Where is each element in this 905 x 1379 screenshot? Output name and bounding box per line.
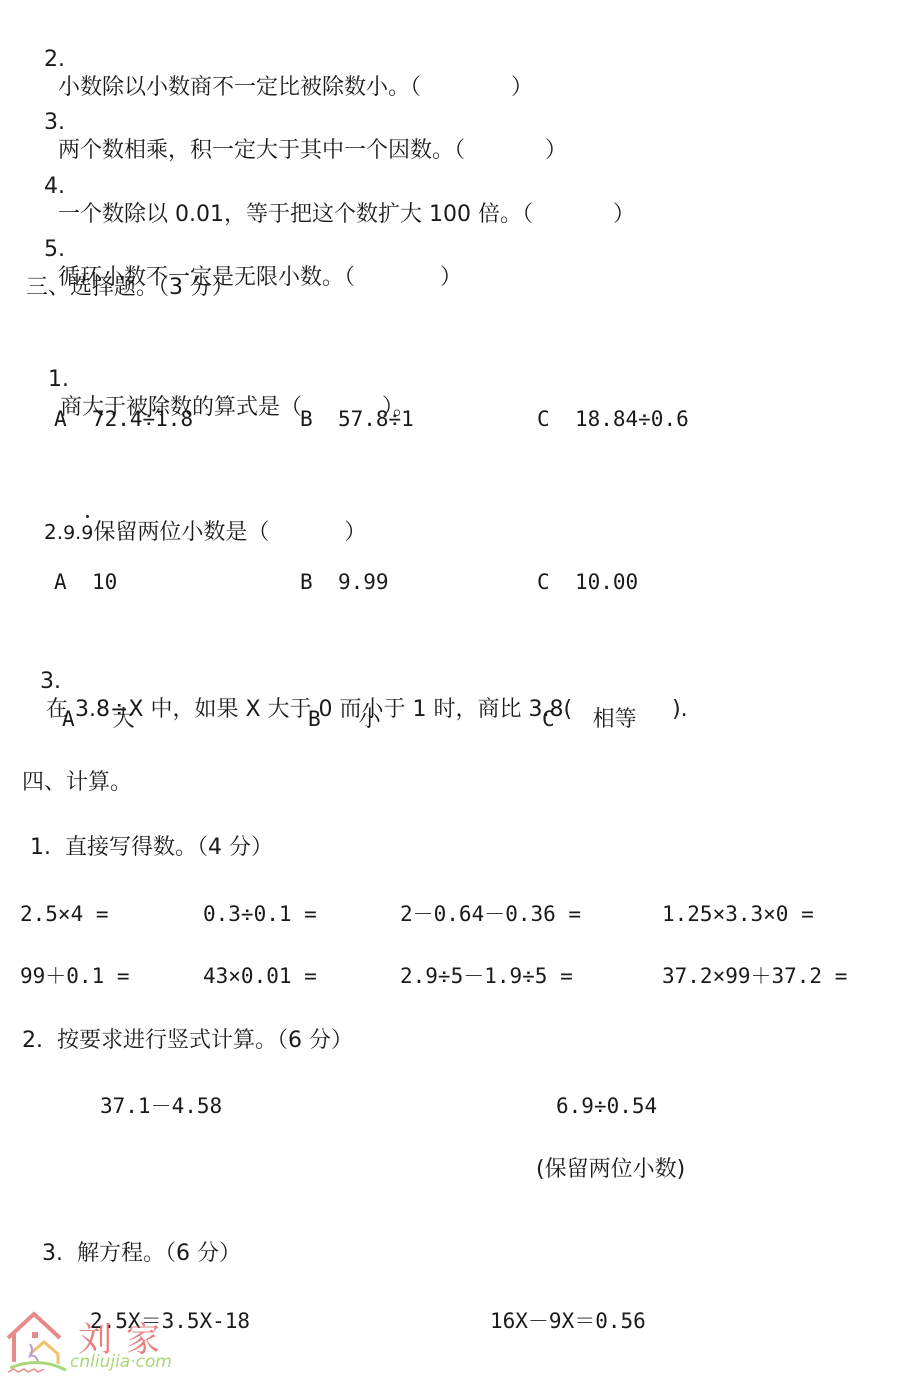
calc-part-1-title: 1. 直接写得数。（4 分）	[30, 834, 273, 862]
question-number: 3.	[40, 669, 61, 694]
watermark-logo: 刘家 cnliujia·com	[4, 1310, 204, 1379]
mental-calc-5[interactable]: 99＋0.1 =	[20, 962, 130, 990]
option-value: 10	[92, 570, 117, 594]
question-number: 2.	[44, 520, 63, 544]
option-letter: B	[308, 707, 321, 731]
option-value: 小	[359, 707, 381, 732]
option-letter: C	[537, 407, 550, 431]
question-text: 保留两位小数是（	[93, 520, 269, 545]
vertical-calc-2[interactable]: 6.9÷0.54	[556, 1092, 657, 1120]
mental-calc-1[interactable]: 2.5×4 =	[20, 900, 109, 928]
option-value: 18.84÷0.6	[575, 407, 689, 431]
option-value: 57.8÷1	[338, 407, 414, 431]
number-prefix: 9.	[63, 522, 81, 544]
option-c[interactable]: C 相等	[542, 705, 637, 734]
choice-question-2: 2.9.9保留两位小数是（）	[30, 490, 366, 547]
question-number: 1.	[48, 367, 69, 392]
mental-calc-2[interactable]: 0.3÷0.1 =	[203, 900, 317, 928]
option-value: 10.00	[575, 570, 638, 594]
calc-part-3-title: 3. 解方程。（6 分）	[42, 1240, 241, 1268]
option-letter: A	[54, 570, 67, 594]
item-number: 2.	[44, 47, 65, 72]
repeating-digit: 9	[81, 519, 93, 547]
close-paren: ）	[440, 265, 462, 290]
option-a[interactable]: A 72.4÷1.8	[54, 405, 193, 433]
option-letter: C	[537, 570, 550, 594]
watermark-url: cnliujia·com	[70, 1352, 172, 1372]
section-title-choice: 三、选择题。（3 分）	[26, 274, 234, 302]
item-number: 5.	[44, 237, 65, 262]
option-letter: B	[300, 570, 313, 594]
equation-2[interactable]: 16X－9X＝0.56	[490, 1307, 646, 1335]
house-logo-icon	[4, 1310, 74, 1376]
option-c[interactable]: C 18.84÷0.6	[537, 405, 689, 433]
item-number: 4.	[44, 174, 65, 199]
close-paren: ).	[672, 697, 688, 722]
calc-part-2-title: 2. 按要求进行竖式计算。（6 分）	[22, 1027, 353, 1055]
option-a[interactable]: A 10	[54, 568, 117, 596]
option-value: 72.4÷1.8	[92, 407, 193, 431]
close-paren: ）	[344, 520, 366, 545]
option-letter: B	[300, 407, 313, 431]
option-c[interactable]: C 10.00	[537, 568, 638, 596]
option-value: 相等	[593, 707, 637, 732]
vertical-calc-1[interactable]: 37.1－4.58	[100, 1092, 222, 1120]
option-letter: A	[62, 707, 75, 731]
mental-calc-3[interactable]: 2－0.64－0.36 =	[400, 900, 581, 928]
option-b[interactable]: B 小	[308, 705, 381, 734]
mental-calc-6[interactable]: 43×0.01 =	[203, 962, 317, 990]
option-letter: C	[542, 707, 555, 731]
section-title-calculation: 四、计算。	[22, 769, 132, 797]
option-b[interactable]: B 9.99	[300, 568, 389, 596]
item-number: 3.	[44, 110, 65, 135]
option-value: 大	[113, 707, 135, 732]
option-a[interactable]: A 大	[62, 705, 135, 734]
option-letter: A	[54, 407, 67, 431]
mental-calc-8[interactable]: 37.2×99＋37.2 =	[662, 962, 847, 990]
option-value: 9.99	[338, 570, 389, 594]
rounding-note: (保留两位小数)	[536, 1156, 685, 1184]
mental-calc-4[interactable]: 1.25×3.3×0 =	[662, 900, 814, 928]
mental-calc-7[interactable]: 2.9÷5－1.9÷5 =	[400, 962, 573, 990]
close-paren: ）	[613, 202, 635, 227]
option-b[interactable]: B 57.8÷1	[300, 405, 414, 433]
